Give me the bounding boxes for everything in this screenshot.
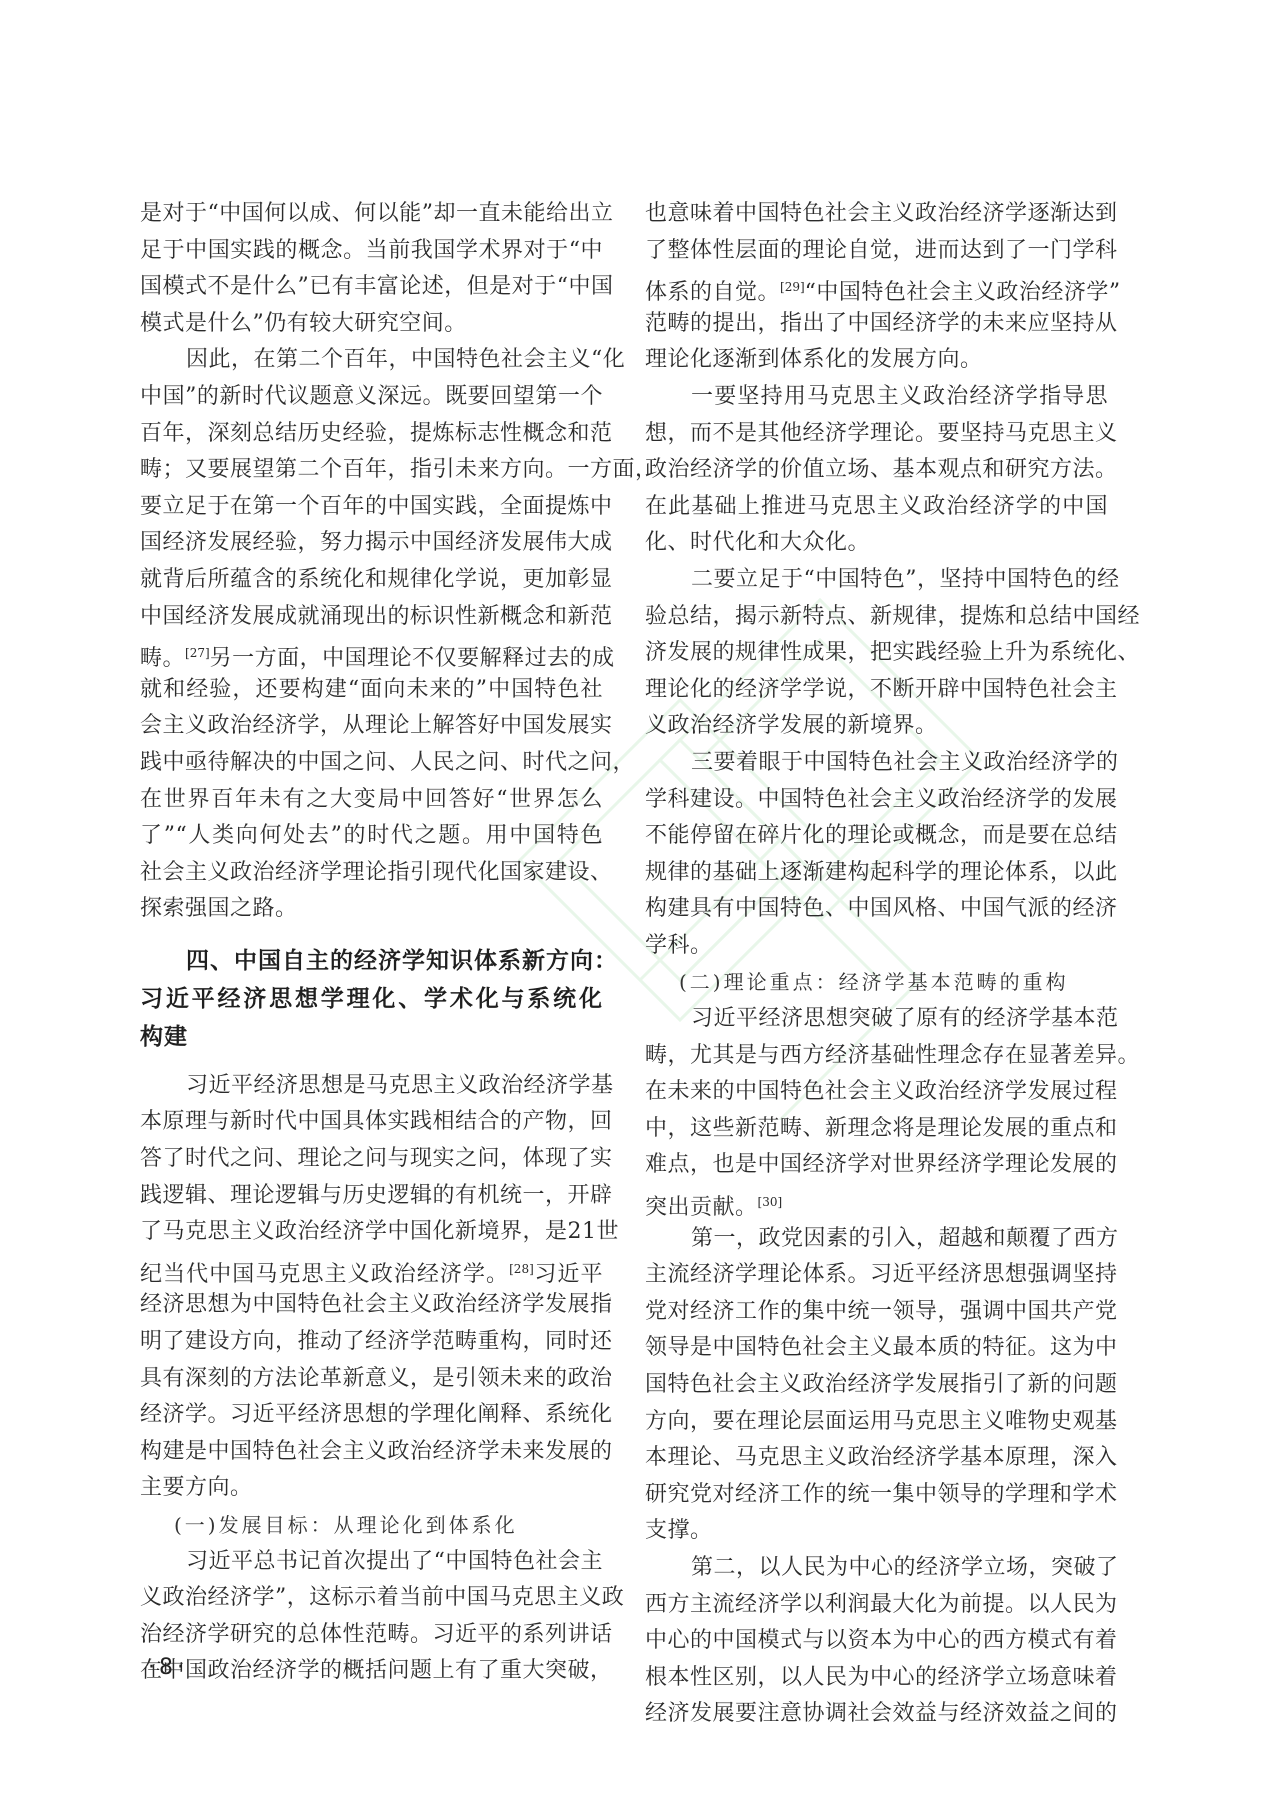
text-line: 答了时代之问、理论之问与现实之问，体现了实: [140, 1141, 603, 1178]
text-line: 是对于“中国何以成、何以能”却一直未能给出立: [140, 196, 603, 233]
text-fragment: 习近平: [534, 1262, 603, 1287]
right-column: 也意味着中国特色社会主义政治经济学逐渐达到 了整体性层面的理论自觉，进而达到了一…: [645, 196, 1108, 1733]
text-line: 支撑。: [645, 1513, 1108, 1550]
left-column: 是对于“中国何以成、何以能”却一直未能给出立 足于中国实践的概念。当前我国学术界…: [140, 196, 603, 1690]
text-line: 领导是中国特色社会主义最本质的特征。这为中: [645, 1330, 1108, 1367]
text-line: 明了建设方向，推动了经济学范畴重构，同时还: [140, 1324, 603, 1361]
text-line: 会主义政治经济学，从理论上解答好中国发展实: [140, 708, 603, 745]
text-line: 中心的中国模式与以资本为中心的西方模式有着: [645, 1623, 1108, 1660]
section-heading: 四、中国自主的经济学知识体系新方向：: [140, 942, 603, 980]
text-line: 构建具有中国特色、中国风格、中国气派的经济: [645, 891, 1108, 928]
text-line: 足于中国实践的概念。当前我国学术界对于“中: [140, 233, 603, 270]
text-line: 了整体性层面的理论自觉，进而达到了一门学科: [645, 233, 1108, 270]
text-line: 了马克思主义政治经济学中国化新境界，是21世: [140, 1214, 603, 1251]
text-line: 社会主义政治经济学理论指引现代化国家建设、: [140, 855, 603, 892]
text-line: 难点，也是中国经济学对世界经济学理论发展的: [645, 1147, 1108, 1184]
text-line: 范畴的提出，指出了中国经济学的未来应坚持从: [645, 306, 1108, 343]
text-line: 验总结，揭示新特点、新规律，提炼和总结中国经: [645, 599, 1108, 636]
text-line: 在未来的中国特色社会主义政治经济学发展过程: [645, 1074, 1108, 1111]
text-line: 本理论、马克思主义政治经济学基本原理，深入: [645, 1440, 1108, 1477]
text-line: 畴，尤其是与西方经济基础性理念存在显著差异。: [645, 1038, 1108, 1075]
text-fragment: 另一方面，中国理论不仅要解释过去的成: [210, 646, 615, 671]
text-line: 中国经济发展成就涌现出的标识性新概念和新范: [140, 599, 603, 636]
text-line: 践中亟待解决的中国之问、人民之问、时代之问，: [140, 745, 603, 782]
text-line: 国模式不是什么”已有丰富论述，但是对于“中国: [140, 269, 603, 306]
text-line: 济发展的规律性成果，把实践经验上升为系统化、: [645, 635, 1108, 672]
text-line-with-citation: 纪当代中国马克思主义政治经济学。[28]习近平: [140, 1251, 603, 1288]
text-line: 主要方向。: [140, 1470, 603, 1507]
text-line: 习近平经济思想是马克思主义政治经济学基: [140, 1068, 603, 1105]
text-line: 国经济发展经验，努力揭示中国经济发展伟大成: [140, 525, 603, 562]
text-line: 义政治经济学发展的新境界。: [645, 708, 1108, 745]
text-line: 就背后所蕴含的系统化和规律化学说，更加彰显: [140, 562, 603, 599]
text-line: 也意味着中国特色社会主义政治经济学逐渐达到: [645, 196, 1108, 233]
text-line: 想，而不是其他经济学理论。要坚持马克思主义: [645, 416, 1108, 453]
text-line: 习近平总书记首次提出了“中国特色社会主: [140, 1544, 603, 1581]
text-line: 就和经验，还要构建“面向未来的”中国特色社: [140, 672, 603, 709]
text-line: 因此，在第二个百年，中国特色社会主义“化: [140, 342, 603, 379]
text-line: 具有深刻的方法论革新意义，是引领未来的政治: [140, 1361, 603, 1398]
text-line: 经济思想为中国特色社会主义政治经济学发展指: [140, 1287, 603, 1324]
text-line: 化、时代化和大众化。: [645, 525, 1108, 562]
text-fragment: 畴。: [140, 646, 185, 671]
text-line: 政治经济学的价值立场、基本观点和研究方法。: [645, 452, 1108, 489]
text-line: 三要着眼于中国特色社会主义政治经济学的: [645, 745, 1108, 782]
text-line: 经济发展要注意协调社会效益与经济效益之间的: [645, 1696, 1108, 1733]
text-line: 主流经济学理论体系。习近平经济思想强调坚持: [645, 1257, 1108, 1294]
text-line: 本原理与新时代中国具体实践相结合的产物，回: [140, 1104, 603, 1141]
text-line: 党对经济工作的集中统一领导，强调中国共产党: [645, 1294, 1108, 1331]
text-line: 探索强国之路。: [140, 891, 603, 928]
text-line: 理论化逐渐到体系化的发展方向。: [645, 342, 1108, 379]
citation-29[interactable]: [29]: [780, 280, 805, 294]
text-line: 百年，深刻总结历史经验，提炼标志性概念和范: [140, 416, 603, 453]
text-line: 治经济学研究的总体性范畴。习近平的系列讲话: [140, 1617, 603, 1654]
text-fragment: “中国特色社会主义政治经济学”: [805, 280, 1121, 305]
text-line: 习近平经济思想突破了原有的经济学基本范: [645, 1001, 1108, 1038]
text-line: 理论化的经济学学说，不断开辟中国特色社会主: [645, 672, 1108, 709]
text-line: 践逻辑、理论逻辑与历史逻辑的有机统一，开辟: [140, 1178, 603, 1215]
text-line-with-citation: 体系的自觉。[29]“中国特色社会主义政治经济学”: [645, 269, 1108, 306]
text-line: 中，这些新范畴、新理念将是理论发展的重点和: [645, 1111, 1108, 1148]
text-line: 国特色社会主义政治经济学发展指引了新的问题: [645, 1367, 1108, 1404]
text-line: 西方主流经济学以利润最大化为前提。以人民为: [645, 1587, 1108, 1624]
text-line: 中国”的新时代议题意义深远。既要回望第一个: [140, 379, 603, 416]
text-line: 在中国政治经济学的概括问题上有了重大突破，: [140, 1653, 603, 1690]
text-fragment: 突出贡献。: [645, 1195, 758, 1220]
text-line: 第二，以人民为中心的经济学立场，突破了: [645, 1550, 1108, 1587]
text-line: 了”“人类向何处去”的时代之题。用中国特色: [140, 818, 603, 855]
subsection-heading: (二)理论重点：经济学基本范畴的重构: [645, 964, 1108, 1001]
section-heading: 习近平经济思想学理化、学术化与系统化: [140, 980, 603, 1018]
page-number: ·8·: [148, 1655, 188, 1680]
text-line: 方向，要在理论层面运用马克思主义唯物史观基: [645, 1404, 1108, 1441]
text-line: 在此基础上推进马克思主义政治经济学的中国: [645, 489, 1108, 526]
citation-28[interactable]: [28]: [509, 1262, 534, 1276]
text-line-with-citation: 突出贡献。[30]: [645, 1184, 1108, 1221]
text-line: 一要坚持用马克思主义政治经济学指导思: [645, 379, 1108, 416]
text-line: 义政治经济学”，这标示着当前中国马克思主义政: [140, 1580, 603, 1617]
text-line-with-citation: 畴。[27]另一方面，中国理论不仅要解释过去的成: [140, 635, 603, 672]
text-line: 学科建设。中国特色社会主义政治经济学的发展: [645, 782, 1108, 819]
section-heading: 构建: [140, 1018, 603, 1056]
text-line: 学科。: [645, 928, 1108, 965]
text-line: 根本性区别，以人民为中心的经济学立场意味着: [645, 1660, 1108, 1697]
text-fragment: 体系的自觉。: [645, 280, 780, 305]
text-line: 在世界百年未有之大变局中回答好“世界怎么: [140, 782, 603, 819]
text-line: 不能停留在碎片化的理论或概念，而是要在总结: [645, 818, 1108, 855]
citation-30[interactable]: [30]: [758, 1195, 783, 1209]
text-line: 第一，政党因素的引入，超越和颠覆了西方: [645, 1221, 1108, 1258]
text-line: 畴；又要展望第二个百年，指引未来方向。一方面，: [140, 452, 603, 489]
text-line: 要立足于在第一个百年的中国实践，全面提炼中: [140, 489, 603, 526]
text-line: 经济学。习近平经济思想的学理化阐释、系统化: [140, 1397, 603, 1434]
text-line: 二要立足于“中国特色”，坚持中国特色的经: [645, 562, 1108, 599]
text-line: 规律的基础上逐渐建构起科学的理论体系，以此: [645, 855, 1108, 892]
text-line: 构建是中国特色社会主义政治经济学未来发展的: [140, 1434, 603, 1471]
text-fragment: 纪当代中国马克思主义政治经济学。: [140, 1262, 509, 1287]
text-line: 研究党对经济工作的统一集中领导的学理和学术: [645, 1477, 1108, 1514]
citation-27[interactable]: [27]: [185, 646, 210, 660]
subsection-heading: (一)发展目标：从理论化到体系化: [140, 1507, 603, 1544]
text-line: 模式是什么”仍有较大研究空间。: [140, 306, 603, 343]
